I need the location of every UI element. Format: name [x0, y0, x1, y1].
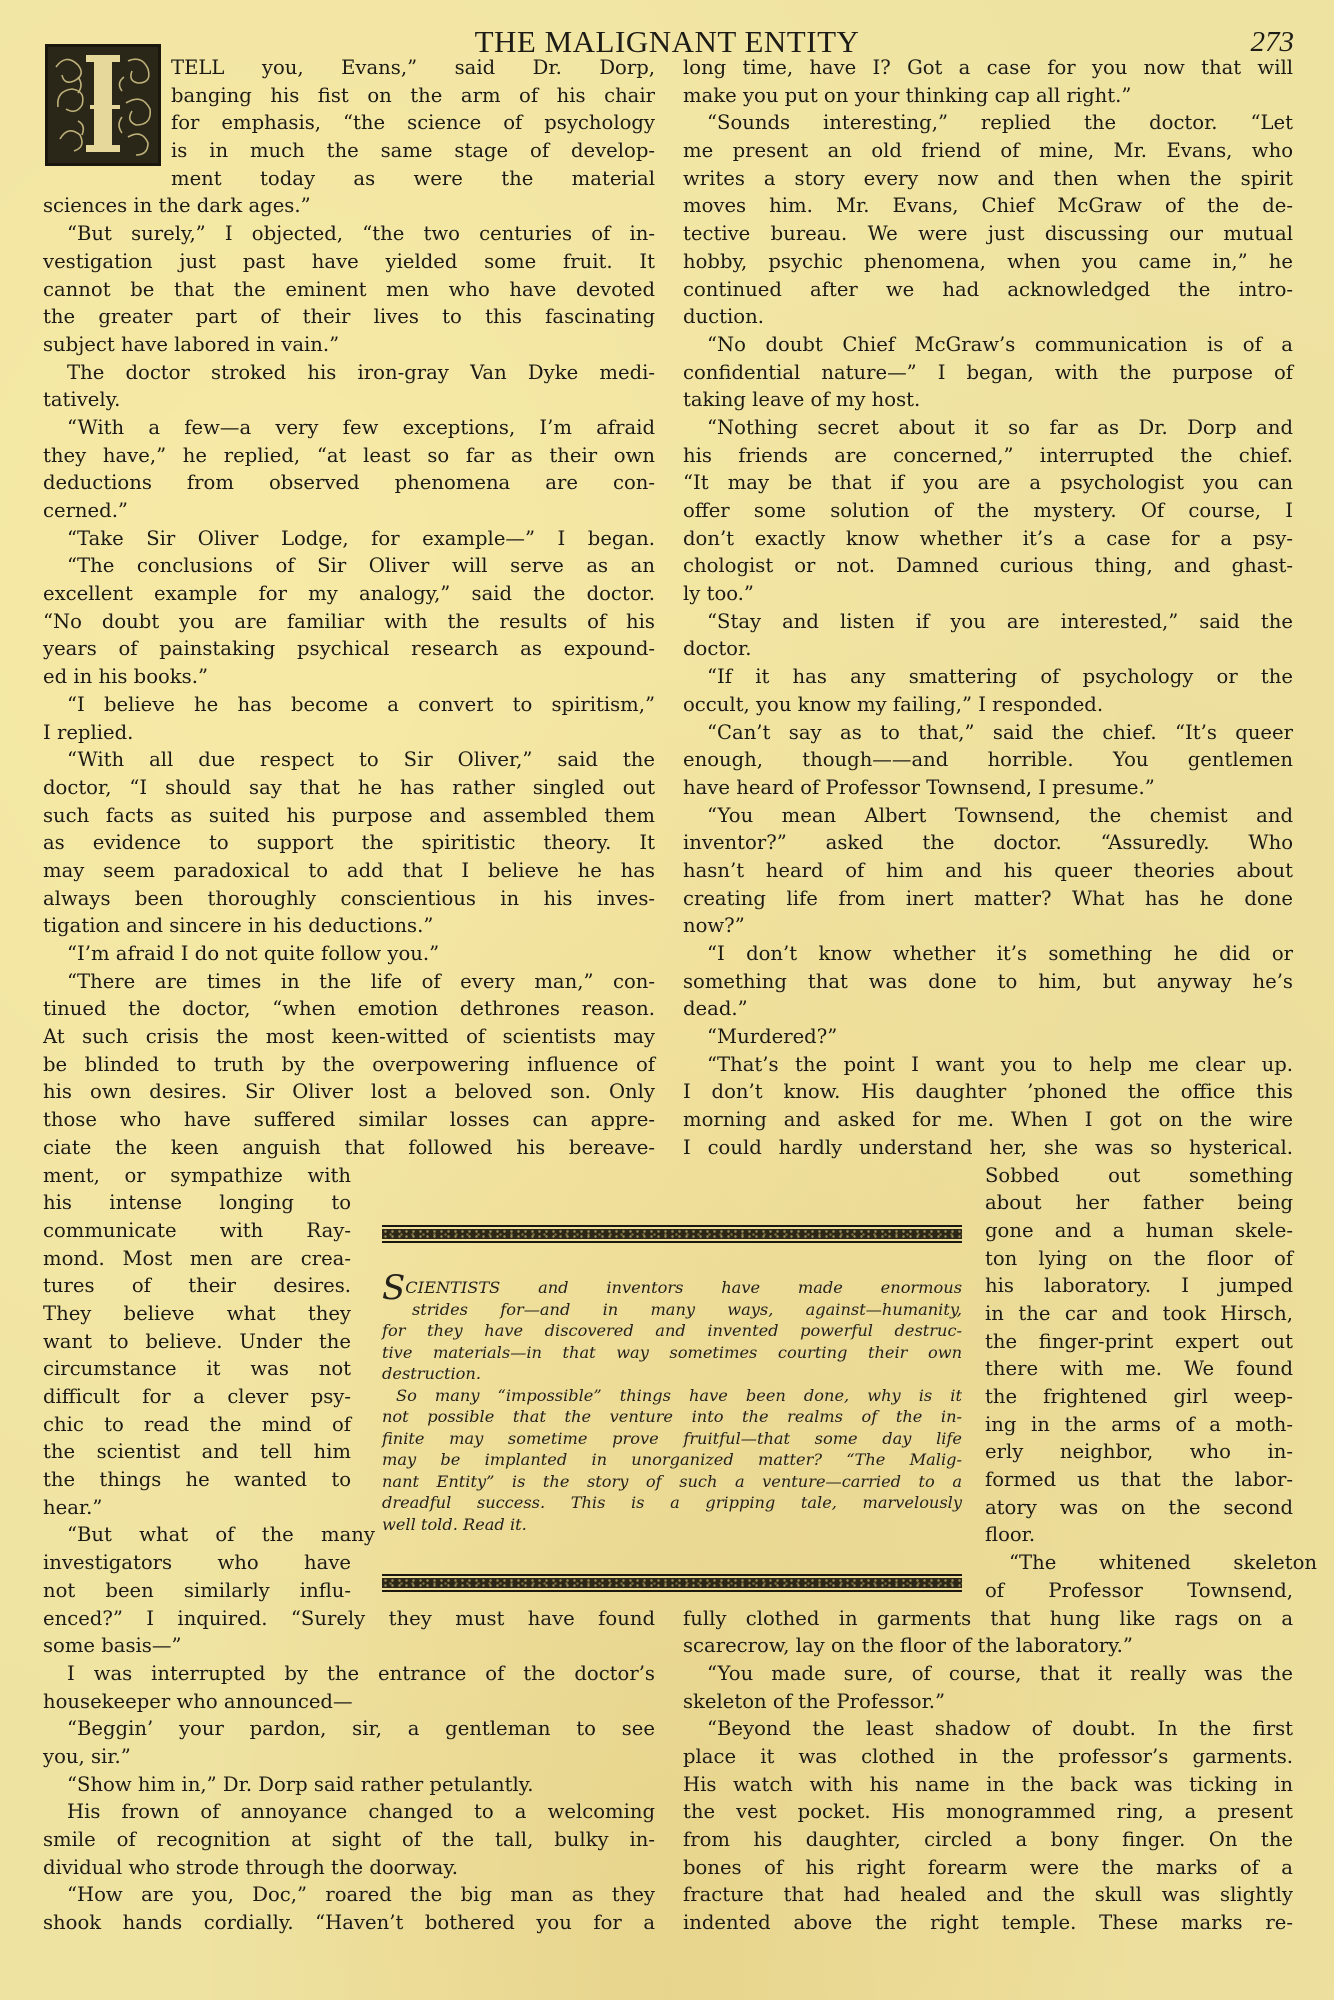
text-line: cerned.”: [43, 497, 655, 525]
blurb-line: finite may sometime prove fruitful—that …: [382, 1428, 962, 1450]
text-line: his own desires. Sir Oliver lost a belov…: [43, 1078, 655, 1106]
text-line: investigators who have: [43, 1549, 351, 1577]
text-line: from his daughter, circled a bony finger…: [683, 1826, 1293, 1854]
text-line: smile of recognition at sight of the tal…: [43, 1826, 655, 1854]
text-line: dead.”: [683, 995, 1293, 1023]
text-line: housekeeper who announced—: [43, 1688, 655, 1716]
text-line: something that was done to him, but anyw…: [683, 968, 1293, 996]
text-line: there with me. We found: [985, 1355, 1293, 1383]
text-line: his laboratory. I jumped: [985, 1272, 1293, 1300]
text-line: they have,” he replied, “at least so far…: [43, 442, 655, 470]
text-line: “I don’t know whether it’s something he …: [683, 940, 1293, 968]
text-line: now?”: [683, 912, 1293, 940]
left-column: TELL you, Evans,” said Dr. Dorp,banging …: [43, 54, 655, 1937]
blurb-line: destruction.: [382, 1363, 962, 1385]
text-line: writes a story every now and then when t…: [683, 165, 1293, 193]
text-line: “Stay and listen if you are interested,”…: [683, 608, 1293, 636]
blurb-line: So many “impossible” things have been do…: [382, 1385, 962, 1407]
text-line: moves him. Mr. Evans, Chief McGraw of th…: [683, 192, 1293, 220]
blurb-text: SCIENTISTS and inventors have made enorm…: [382, 1277, 962, 1535]
text-line: in the car and took Hirsch,: [985, 1300, 1293, 1328]
text-line: make you put on your thinking cap all ri…: [683, 82, 1293, 110]
text-line: circumstance it was not: [43, 1355, 351, 1383]
text-line: always been thoroughly conscientious in …: [43, 885, 655, 913]
text-line: “With all due respect to Sir Oliver,” sa…: [43, 746, 655, 774]
text-line: the scientist and tell him: [43, 1438, 351, 1466]
text-line: ment, or sympathize with: [43, 1162, 351, 1190]
text-line: want to believe. Under the: [43, 1328, 351, 1356]
text-line: excellent example for my analogy,” said …: [43, 580, 655, 608]
text-line: confidential nature—” I began, with the …: [683, 359, 1293, 387]
text-line: “You mean Albert Townsend, the chemist a…: [683, 802, 1293, 830]
text-line: taking leave of my host.: [683, 386, 1293, 414]
text-line: “How are you, Doc,” roared the big man a…: [43, 1881, 655, 1909]
text-line: His watch with his name in the back was …: [683, 1771, 1293, 1799]
text-line: gone and a human skele-: [985, 1217, 1293, 1245]
editorial-blurb-box: SCIENTISTS and inventors have made enorm…: [382, 1225, 962, 1592]
text-line: bones of his right forearm were the mark…: [683, 1854, 1293, 1882]
text-line: the frightened girl weep-: [985, 1383, 1293, 1411]
text-line: atory was on the second: [985, 1494, 1293, 1522]
text-line: formed us that the labor-: [985, 1466, 1293, 1494]
text-line: “Murdered?”: [683, 1023, 1293, 1051]
text-line: the things he wanted to: [43, 1466, 351, 1494]
text-line: doctor.: [683, 635, 1293, 663]
text-line: tinued the doctor, “when emotion dethron…: [43, 995, 655, 1023]
text-line: for emphasis, “the science of psychology: [171, 109, 655, 137]
text-line: skeleton of the Professor.”: [683, 1688, 1293, 1716]
text-line: “You made sure, of course, that it reall…: [683, 1660, 1293, 1688]
text-line: indented above the right temple. These m…: [683, 1909, 1293, 1937]
text-line: dividual who strode through the doorway.: [43, 1854, 655, 1882]
text-line: “Beyond the least shadow of doubt. In th…: [683, 1715, 1293, 1743]
text-line: those who have suffered similar losses c…: [43, 1106, 655, 1134]
text-line: ciate the keen anguish that followed his…: [43, 1134, 655, 1162]
blurb-line: SCIENTISTS and inventors have made enorm…: [382, 1277, 962, 1299]
text-line: the finger-print expert out: [985, 1328, 1293, 1356]
text-line: deductions from observed phenomena are c…: [43, 469, 655, 497]
text-line: “That’s the point I want you to help me …: [683, 1051, 1293, 1079]
text-line: “There are times in the life of every ma…: [43, 968, 655, 996]
text-line: “Take Sir Oliver Lodge, for example—” I …: [43, 525, 655, 553]
text-line: tigation and sincere in his deductions.”: [43, 912, 655, 940]
blurb-line-text: CIENTISTS and inventors have made enormo…: [405, 1278, 962, 1297]
text-line: They believe what they: [43, 1300, 351, 1328]
text-line: not been similarly influ-: [43, 1577, 351, 1605]
text-line: ing in the arms of a moth-: [985, 1411, 1293, 1439]
text-line: scarecrow, lay on the floor of the labor…: [683, 1632, 1293, 1660]
text-line: place it was clothed in the professor’s …: [683, 1743, 1293, 1771]
text-line: some basis—”: [43, 1632, 655, 1660]
text-line: his friends are concerned,” interrupted …: [683, 442, 1293, 470]
text-line: continued after we had acknowledged the …: [683, 276, 1293, 304]
text-line: floor.: [985, 1521, 1293, 1549]
text-line: “Can’t say as to that,” said the chief. …: [683, 719, 1293, 747]
text-line: chologist or not. Damned curious thing, …: [683, 552, 1293, 580]
text-line: I replied.: [43, 719, 655, 747]
text-line: hobby, psychic phenomena, when you came …: [683, 248, 1293, 276]
blurb-line: well told. Read it.: [382, 1514, 962, 1536]
text-line: banging his fist on the arm of his chair: [171, 82, 655, 110]
text-line: I could hardly understand her, she was s…: [683, 1134, 1293, 1162]
blurb-line: tive materials—in that way sometimes cou…: [382, 1342, 962, 1364]
blurb-line: dreadful success. This is a gripping tal…: [382, 1492, 962, 1514]
text-line: “It may be that if you are a psychologis…: [683, 469, 1293, 497]
blurb-initial: S: [382, 1268, 405, 1308]
right-column: long time, have I? Got a case for you no…: [683, 54, 1293, 1937]
text-line: his intense longing to: [43, 1189, 351, 1217]
decorative-rule: [382, 1574, 962, 1592]
blurb-line: for they have discovered and invented po…: [382, 1320, 962, 1342]
text-line: tective bureau. We were just discussing …: [683, 220, 1293, 248]
text-line: may seem paradoxical to add that I belie…: [43, 857, 655, 885]
text-line: doctor, “I should say that he has rather…: [43, 774, 655, 802]
text-line: At such crisis the most keen-witted of s…: [43, 1023, 655, 1051]
text-line: hasn’t heard of him and his queer theori…: [683, 857, 1293, 885]
text-line: ly too.”: [683, 580, 1293, 608]
text-line: have heard of Professor Townsend, I pres…: [683, 774, 1293, 802]
text-line: you, sir.”: [43, 1743, 655, 1771]
text-line: “Sounds interesting,” replied the doctor…: [683, 109, 1293, 137]
text-line: I don’t know. His daughter ’phoned the o…: [683, 1078, 1293, 1106]
text-line: is in much the same stage of develop-: [171, 137, 655, 165]
text-line: morning and asked for me. When I got on …: [683, 1106, 1293, 1134]
text-line: “No doubt Chief McGraw’s communication i…: [683, 331, 1293, 359]
text-line: Sobbed out something: [985, 1162, 1293, 1190]
text-line: ton lying on the floor of: [985, 1245, 1293, 1273]
text-line: sciences in the dark ages.”: [43, 192, 655, 220]
text-line: about her father being: [985, 1189, 1293, 1217]
text-line: inventor?” asked the doctor. “Assuredly.…: [683, 829, 1293, 857]
text-line: difficult for a clever psy-: [43, 1383, 351, 1411]
text-line: TELL you, Evans,” said Dr. Dorp,: [171, 54, 655, 82]
magazine-page: THE MALIGNANT ENTITY 273 TELL you, Evans…: [0, 0, 1334, 2000]
text-line: me present an old friend of mine, Mr. Ev…: [683, 137, 1293, 165]
text-line: “If it has any smattering of psychology …: [683, 663, 1293, 691]
text-line: shook hands cordially. “Haven’t bothered…: [43, 1909, 655, 1937]
text-line: occult, you know my failing,” I responde…: [683, 691, 1293, 719]
text-line: cannot be that the eminent men who have …: [43, 276, 655, 304]
text-line: “No doubt you are familiar with the resu…: [43, 608, 655, 636]
text-line: the vest pocket. His monogrammed ring, a…: [683, 1798, 1293, 1826]
text-line: ment today as were the material: [171, 165, 655, 193]
text-line: as evidence to support the spiritistic t…: [43, 829, 655, 857]
text-line: “Beggin’ your pardon, sir, a gentleman t…: [43, 1715, 655, 1743]
text-line: mond. Most men are crea-: [43, 1245, 351, 1273]
text-line: of Professor Townsend,: [985, 1577, 1293, 1605]
text-line: tatively.: [43, 386, 655, 414]
text-line: “Nothing secret about it so far as Dr. D…: [683, 414, 1293, 442]
text-line: vestigation just past have yielded some …: [43, 248, 655, 276]
text-line: fracture that had healed and the skull w…: [683, 1881, 1293, 1909]
text-line: “The whitened skeleton: [985, 1549, 1317, 1577]
text-line: “But what of the many: [43, 1521, 375, 1549]
blurb-line: nant Entity” is the story of such a vent…: [382, 1471, 962, 1493]
text-line: “I believe he has become a convert to sp…: [43, 691, 655, 719]
text-line: I was interrupted by the entrance of the…: [43, 1660, 655, 1688]
text-line: tures of their desires.: [43, 1272, 351, 1300]
blurb-line: strides for—and in many ways, against—hu…: [382, 1299, 962, 1321]
text-line: don’t exactly know whether it’s a case f…: [683, 525, 1293, 553]
text-line: years of painstaking psychical research …: [43, 635, 655, 663]
text-line: “But surely,” I objected, “the two centu…: [43, 220, 655, 248]
text-line: “I’m afraid I do not quite follow you.”: [43, 940, 655, 968]
text-line: creating life from inert matter? What ha…: [683, 885, 1293, 913]
text-line: duction.: [683, 303, 1293, 331]
text-line: “The conclusions of Sir Oliver will serv…: [43, 552, 655, 580]
text-line: the greater part of their lives to this …: [43, 303, 655, 331]
text-line: ed in his books.”: [43, 663, 655, 691]
text-line: erly neighbor, who in-: [985, 1438, 1293, 1466]
text-line: offer some solution of the mystery. Of c…: [683, 497, 1293, 525]
text-line: His frown of annoyance changed to a welc…: [43, 1798, 655, 1826]
blurb-line: may be implanted in unorganized matter? …: [382, 1449, 962, 1471]
blurb-line: not possible that the venture into the r…: [382, 1406, 962, 1428]
text-line: such facts as suited his purpose and ass…: [43, 802, 655, 830]
text-line: enough, though——and horrible. You gentle…: [683, 746, 1293, 774]
text-line: chic to read the mind of: [43, 1411, 351, 1439]
text-line: enced?” I inquired. “Surely they must ha…: [43, 1605, 655, 1633]
text-line: fully clothed in garments that hung like…: [683, 1605, 1293, 1633]
text-line: communicate with Ray-: [43, 1217, 351, 1245]
text-line: long time, have I? Got a case for you no…: [683, 54, 1293, 82]
decorative-rule: [382, 1225, 962, 1243]
text-line: hear.”: [43, 1494, 351, 1522]
text-line: be blinded to truth by the overpowering …: [43, 1051, 655, 1079]
text-line: The doctor stroked his iron-gray Van Dyk…: [43, 359, 655, 387]
text-line: “With a few—a very few exceptions, I’m a…: [43, 414, 655, 442]
text-line: “Show him in,” Dr. Dorp said rather petu…: [43, 1771, 655, 1799]
text-line: subject have labored in vain.”: [43, 331, 655, 359]
